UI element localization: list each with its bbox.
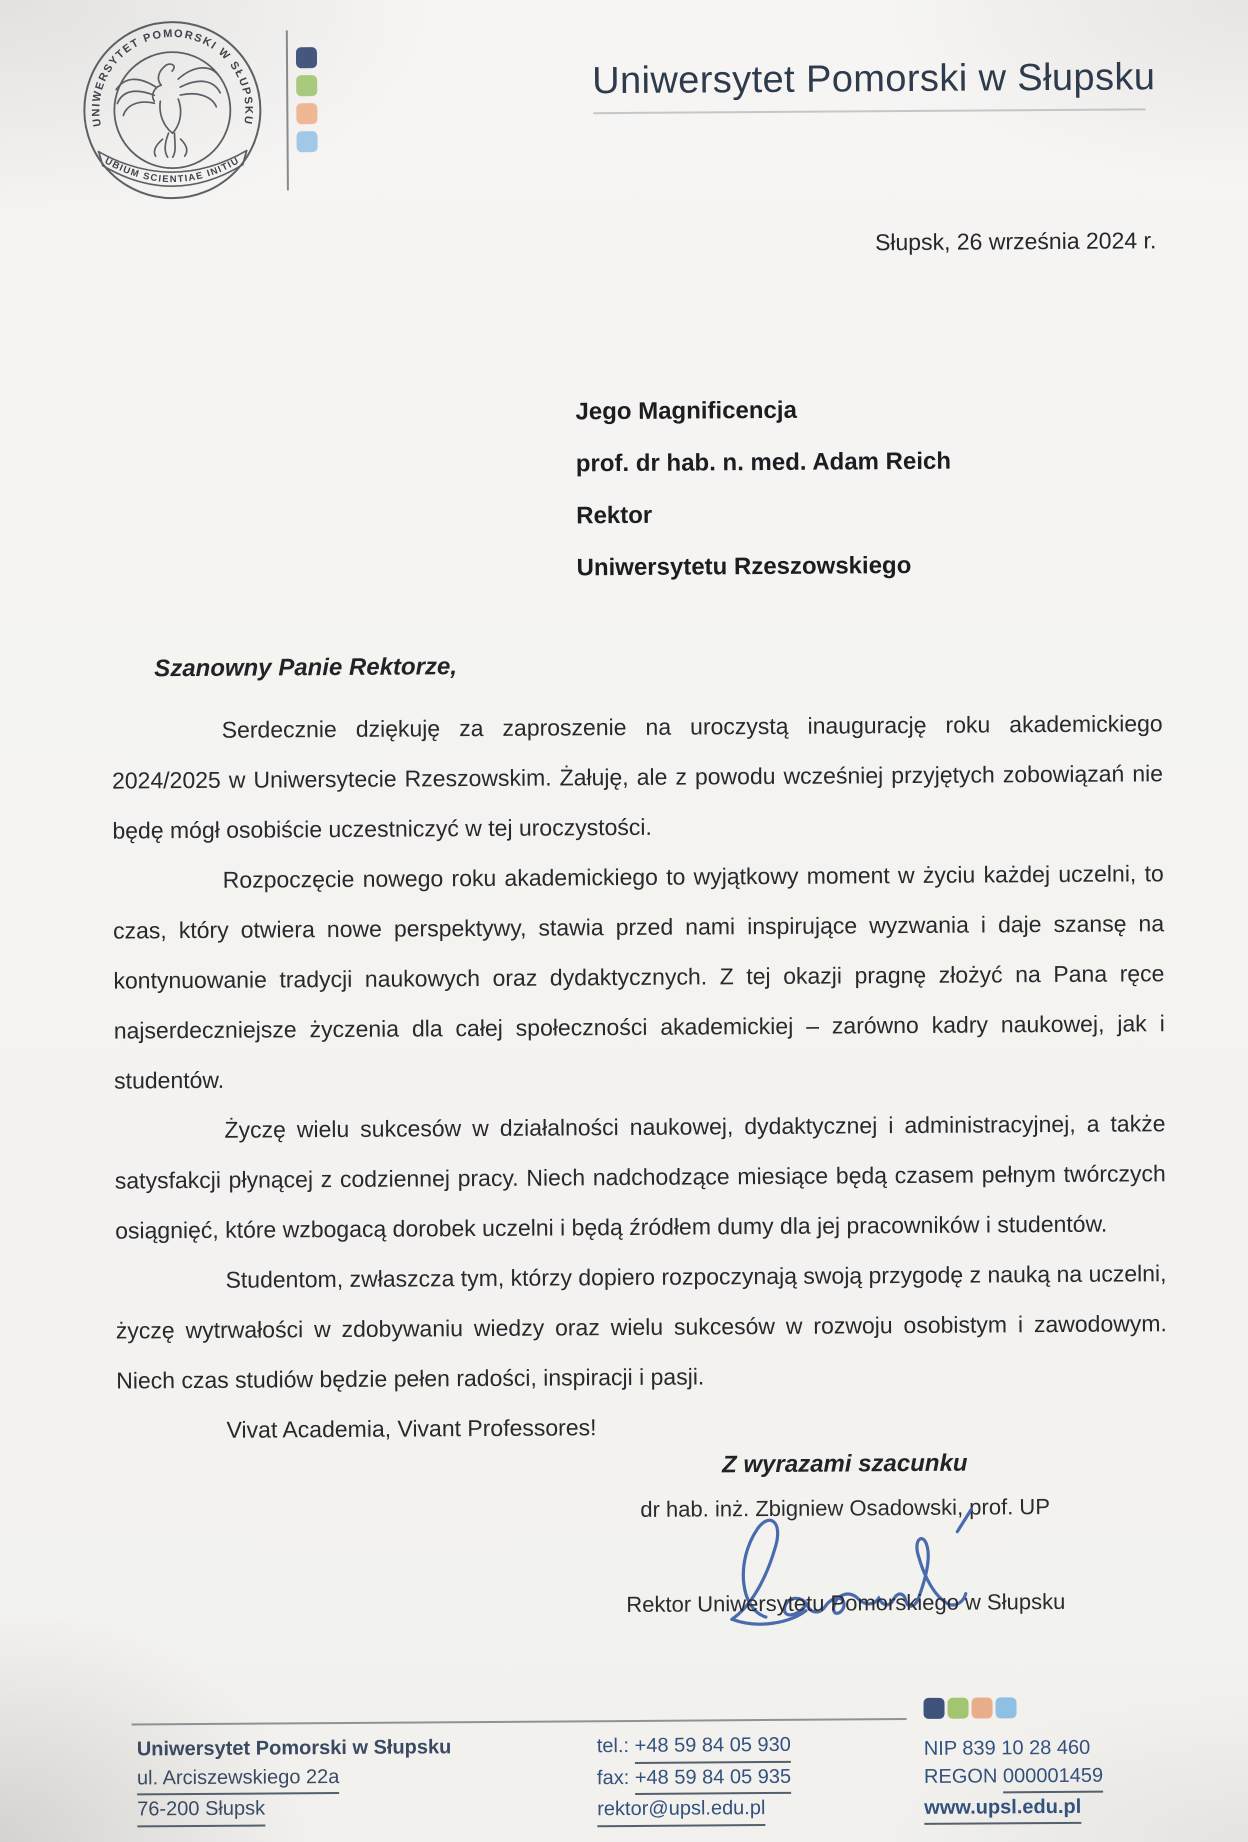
recipient-block: Jego Magnificencja prof. dr hab. n. med.… (575, 384, 952, 595)
title-underline (593, 108, 1145, 114)
brand-square-navy (296, 47, 317, 68)
footer-org-name: Uniwersytet Pomorski w Słupsku (137, 1733, 452, 1764)
signer-title: Rektor Uniwersytetu Pomorskiego w Słupsk… (546, 1588, 1146, 1618)
brand-square-peach (296, 103, 317, 124)
footer-divider-line (132, 1718, 907, 1725)
footer-contact-column: tel.: +48 59 84 05 930 fax: +48 59 84 05… (597, 1731, 792, 1827)
paragraph: Życzę wielu sukcesów w działalności nauk… (114, 1098, 1166, 1255)
paragraph: Rozpoczęcie nowego roku akademickiego to… (113, 848, 1166, 1105)
closing-phrase: Z wyrazami szacunku (545, 1448, 1145, 1480)
footer-city: 76-200 Słupsk (137, 1795, 265, 1827)
footer-address-column: Uniwersytet Pomorski w Słupsku ul. Arcis… (137, 1733, 452, 1827)
brand-square-green (947, 1698, 968, 1719)
footer-street: ul. Arciszewskiego 22a (137, 1763, 340, 1796)
university-seal-logo: UNIWERSYTET POMORSKI W SŁUPSKU DUBIUM SC… (80, 14, 271, 215)
header-divider-line (286, 30, 289, 190)
scanned-letter-page: UNIWERSYTET POMORSKI W SŁUPSKU DUBIUM SC… (0, 0, 1248, 1842)
brand-square-blue (995, 1697, 1016, 1718)
footer-registry-column: NIP 839 10 28 460 REGON 000001459 www.up… (924, 1734, 1104, 1825)
paragraph: Studentom, zwłaszcza tym, którzy dopiero… (115, 1248, 1167, 1405)
tel-number: +48 59 84 05 930 (635, 1731, 791, 1764)
paragraph: Serdecznie dziękuję za zaproszenie na ur… (112, 698, 1164, 855)
salutation: Szanowny Panie Rektorze, (154, 653, 457, 683)
eagle-emblem (116, 64, 221, 158)
letter-body: Serdecznie dziękuję za zaproszenie na ur… (112, 698, 1168, 1455)
recipient-line: prof. dr hab. n. med. Adam Reich (576, 436, 952, 491)
rector-email: rektor@upsl.edu.pl (597, 1794, 765, 1827)
university-name-heading: Uniwersytet Pomorski w Słupsku (592, 56, 1155, 103)
brand-square-peach (971, 1697, 992, 1718)
website-url: www.upsl.edu.pl (924, 1793, 1081, 1825)
fax-number: +48 59 84 05 935 (635, 1762, 791, 1795)
recipient-line: Jego Magnificencja (575, 384, 951, 439)
regon-number: 000001459 (1003, 1762, 1103, 1794)
footer-brand-squares (923, 1697, 1016, 1719)
fax-label: fax: (597, 1766, 629, 1788)
tel-label: tel.: (597, 1735, 629, 1757)
brand-square-green (296, 75, 317, 96)
brand-square-blue (297, 131, 318, 152)
brand-square-navy (923, 1698, 944, 1719)
vivat-line: Vivat Academia, Vivant Professores! (116, 1398, 1167, 1455)
dateline: Słupsk, 26 września 2024 r. (796, 227, 1156, 257)
regon-label: REGON (924, 1765, 997, 1788)
nip-number: NIP 839 10 28 460 (924, 1734, 1103, 1763)
recipient-line: Rektor (576, 488, 952, 543)
recipient-line: Uniwersytetu Rzeszowskiego (576, 540, 952, 595)
